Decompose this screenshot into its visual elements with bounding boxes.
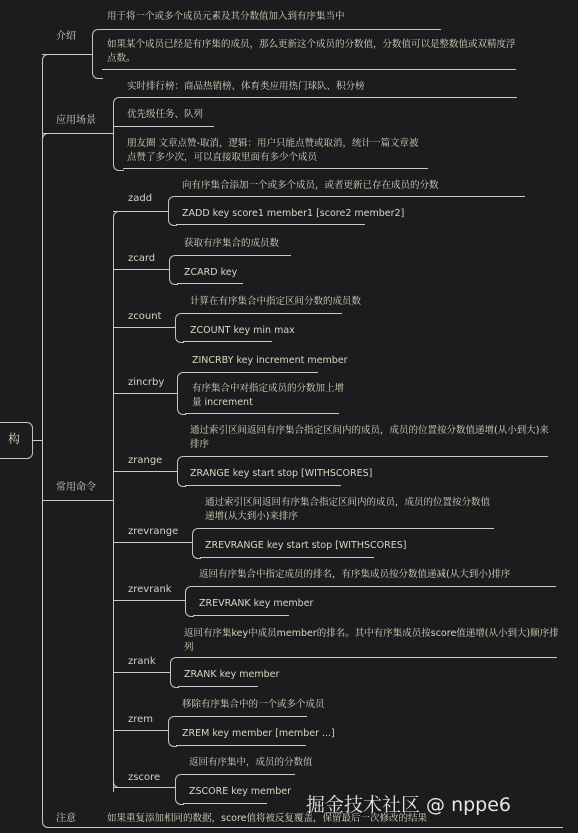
cmd-zrange-syntax[interactable]: ZRANGE key start stop [WITHSCORES] bbox=[190, 466, 372, 481]
cmd-zincrby-syntax[interactable]: 有序集合中对指定成员的分数加上增量 increment bbox=[192, 382, 352, 410]
cmd-zcount-bracket bbox=[175, 313, 184, 343]
cmd-zrem-syntax[interactable]: ZREM key member [member ...] bbox=[182, 726, 335, 741]
cmd-zrevrank-syntax-underline bbox=[193, 615, 289, 616]
cmd-zrank-syntax[interactable]: ZRANK key member bbox=[184, 667, 279, 682]
cmd-zscore-syntax[interactable]: ZSCORE key member bbox=[189, 784, 291, 799]
connector bbox=[32, 440, 42, 441]
cmd-zrem-underline bbox=[113, 730, 168, 731]
cmd-zrevrank-label[interactable]: zrevrank bbox=[128, 582, 172, 597]
cmd-zrevrank-desc-underline bbox=[193, 586, 556, 587]
cmd-zcard-desc-underline bbox=[177, 255, 291, 256]
cmd-zcard-syntax[interactable]: ZCARD key bbox=[184, 265, 237, 280]
intro-bracket bbox=[92, 29, 103, 79]
cmd-zrevrange-bracket bbox=[192, 528, 201, 559]
cmd-zscore-underline bbox=[113, 787, 175, 788]
commands-spine bbox=[113, 211, 169, 792]
cmd-zadd-syntax-underline bbox=[176, 224, 365, 225]
cmd-zcount-label[interactable]: zcount bbox=[128, 309, 161, 324]
cmd-zrevrank-bracket bbox=[185, 586, 194, 617]
cmd-zcard-label[interactable]: zcard bbox=[128, 251, 155, 266]
scenario-item-3[interactable]: 朋友圈 文章点赞-取消，逻辑：用户只能点赞或取消，统计一篇文章被点赞了多少次，可… bbox=[127, 137, 427, 165]
cmd-zrem-bracket bbox=[168, 716, 177, 747]
cmd-zrevrank-underline bbox=[113, 600, 185, 601]
branch-commands-label[interactable]: 常用命令 bbox=[56, 480, 96, 495]
cmd-zrange-label[interactable]: zrange bbox=[128, 453, 162, 468]
cmd-zrange-underline bbox=[113, 471, 177, 472]
cmd-zrank-bracket bbox=[170, 657, 179, 688]
root-node-label[interactable]: 构 bbox=[8, 432, 20, 447]
cmd-zcard-desc[interactable]: 获取有序集合的成员数 bbox=[184, 236, 279, 251]
branch-intro-label[interactable]: 介绍 bbox=[56, 29, 76, 44]
spine-join-scenarios bbox=[42, 133, 113, 142]
cmd-zrange-desc[interactable]: 通过索引区间返回有序集合指定区间内的成员，成员的位置按分数值递增(从小到大)来排… bbox=[190, 424, 550, 452]
branch-intro-underline bbox=[42, 54, 92, 55]
cmd-zrank-syntax-underline bbox=[178, 686, 258, 687]
intro-item-2[interactable]: 如果某个成员已经是有序集的成员，那么更新这个成员的分数值，分数值可以是整数值或双… bbox=[107, 38, 517, 66]
cmd-zrank-desc-underline bbox=[178, 657, 557, 658]
cmd-zincrby-label[interactable]: zincrby bbox=[128, 375, 164, 390]
cmd-zrank-desc[interactable]: 返回有序集key中成员member的排名。其中有序集成员按score值递增(从小… bbox=[184, 627, 559, 655]
cmd-zscore-bracket bbox=[175, 774, 184, 805]
cmd-zcount-syntax[interactable]: ZCOUNT key min max bbox=[190, 323, 295, 338]
cmd-zrange-bracket bbox=[177, 456, 186, 487]
cmd-zcount-desc[interactable]: 计算在有序集合中指定区间分数的成员数 bbox=[190, 294, 361, 309]
cmd-zrem-desc-underline bbox=[176, 716, 307, 717]
cmd-zadd-label[interactable]: zadd bbox=[128, 191, 152, 206]
scenario-item-2-underline bbox=[113, 126, 214, 127]
cmd-zrevrange-desc[interactable]: 通过索引区间返回有序集合指定区间内的成员，成员的位置按分数值递增(从大到小)来排… bbox=[205, 496, 495, 524]
branch-commands-underline bbox=[42, 500, 114, 501]
branch-note-label[interactable]: 注意 bbox=[56, 811, 76, 826]
cmd-zadd-bracket bbox=[168, 196, 177, 226]
cmd-zcard-underline bbox=[113, 269, 169, 270]
cmd-zscore-desc-underline bbox=[183, 774, 295, 775]
cmd-zrevrange-desc-underline bbox=[200, 528, 494, 529]
scenario-item-1-underline bbox=[123, 97, 517, 98]
cmd-zscore-desc[interactable]: 返回有序集中，成员的分数值 bbox=[189, 755, 313, 770]
cmd-zrevrange-underline bbox=[113, 542, 192, 543]
intro-item-1-underline bbox=[102, 29, 441, 30]
scenario-item-3-underline bbox=[123, 168, 428, 169]
cmd-zrem-label[interactable]: zrem bbox=[128, 712, 153, 727]
cmd-zincrby-desc[interactable]: ZINCRBY key increment member bbox=[192, 353, 348, 368]
cmd-zscore-syntax-underline bbox=[183, 803, 267, 804]
cmd-zincrby-underline bbox=[113, 393, 177, 394]
cmd-zcard-bracket bbox=[169, 255, 178, 285]
cmd-zrevrange-syntax[interactable]: ZREVRANGE key start stop [WITHSCORES] bbox=[205, 538, 406, 553]
cmd-zrank-underline bbox=[113, 672, 170, 673]
cmd-zadd-underline bbox=[113, 211, 169, 212]
cmd-zrem-syntax-underline bbox=[176, 745, 306, 746]
cmd-zcount-desc-underline bbox=[183, 313, 342, 314]
cmd-zcard-syntax-underline bbox=[177, 283, 243, 284]
branch-scenarios-underline bbox=[42, 133, 114, 134]
scenario-item-1[interactable]: 实时排行榜：商品热销榜、体育类应用热门球队、积分榜 bbox=[127, 79, 365, 94]
cmd-zadd-syntax[interactable]: ZADD key score1 member1 [score2 member2] bbox=[182, 206, 404, 221]
cmd-zrem-desc[interactable]: 移除有序集合中的一个或多个成员 bbox=[182, 697, 325, 712]
cmd-zincrby-desc-underline bbox=[185, 372, 318, 373]
cmd-zrevrange-syntax-underline bbox=[200, 557, 374, 558]
cmd-zrange-desc-underline bbox=[185, 456, 548, 457]
scenario-item-2[interactable]: 优先级任务、队列 bbox=[127, 107, 203, 122]
spine bbox=[42, 440, 43, 820]
cmd-zscore-label[interactable]: zscore bbox=[128, 770, 160, 785]
cmd-zrevrank-syntax[interactable]: ZREVRANK key member bbox=[199, 596, 313, 611]
branch-scenarios-label[interactable]: 应用场景 bbox=[56, 113, 96, 128]
cmd-zadd-desc[interactable]: 向有序集合添加一个或多个成员，或者更新已存在成员的分数 bbox=[182, 178, 439, 193]
cmd-zrevrank-desc[interactable]: 返回有序集合中指定成员的排名，有序集成员按分数值递减(从大到小)排序 bbox=[199, 567, 510, 582]
cmd-zincrby-syntax-underline bbox=[185, 413, 339, 414]
scenarios-bracket bbox=[113, 97, 124, 171]
cmd-zcount-underline bbox=[113, 327, 175, 328]
cmd-zrank-label[interactable]: zrank bbox=[128, 654, 156, 669]
cmd-zadd-desc-underline bbox=[176, 196, 525, 197]
cmd-zrange-syntax-underline bbox=[185, 485, 341, 486]
intro-item-1[interactable]: 用于将一个或多个成员元素及其分数值加入到有序集当中 bbox=[107, 9, 345, 24]
cmd-zincrby-bracket bbox=[177, 372, 186, 415]
intro-item-2-underline bbox=[102, 69, 516, 70]
watermark: 掘金技术社区 @ nppe6 bbox=[306, 790, 511, 817]
cmd-zrevrange-label[interactable]: zrevrange bbox=[128, 524, 178, 539]
cmd-zcount-syntax-underline bbox=[183, 341, 272, 342]
